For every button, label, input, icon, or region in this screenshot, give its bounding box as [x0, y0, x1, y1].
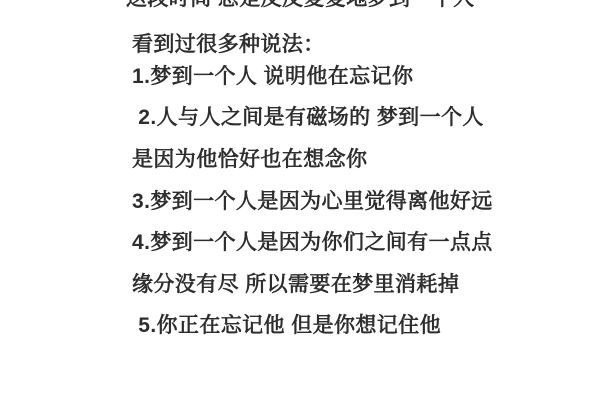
text-line-item-5: 5.你正在忘记他 但是你想记住他 — [132, 313, 441, 339]
text-line-item-1: 1.梦到一个人 说明他在忘记你 — [132, 64, 413, 90]
text-line-item-4: 4.梦到一个人是因为你们之间有一点点 — [132, 230, 493, 256]
text-line-item-2: 2.人与人之间是有磁场的 梦到一个人 — [132, 105, 484, 131]
text-line-item-4-cont: 缘分没有尽 所以需要在梦里消耗掉 — [132, 272, 459, 298]
text-line-clipped-top: 这段时间 总是反反复复地梦到一个人 — [126, 0, 475, 12]
text-line-item-2-cont: 是因为他恰好也在想念你 — [132, 147, 367, 173]
text-line-intro: 看到过很多种说法： — [132, 32, 325, 58]
text-line-item-3: 3.梦到一个人是因为心里觉得离他好远 — [132, 189, 493, 215]
meme-text-image: 这段时间 总是反反复复地梦到一个人 看到过很多种说法： 1.梦到一个人 说明他在… — [0, 0, 600, 400]
